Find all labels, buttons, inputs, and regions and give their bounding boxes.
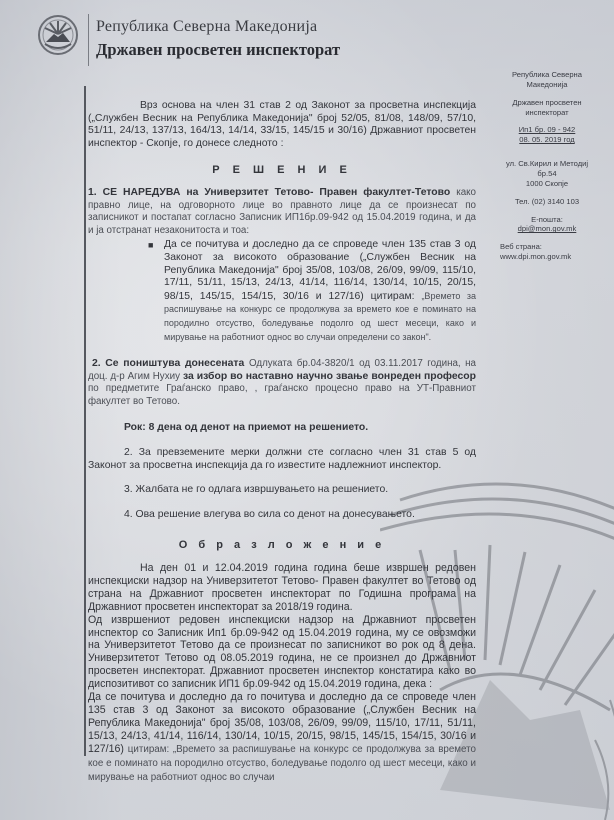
header-divider — [88, 14, 89, 66]
coat-of-arms-icon — [36, 12, 80, 58]
item-1-lead: 1. СЕ НАРЕДУВА на Универзитет Тетово- Пр… — [88, 187, 450, 198]
web-label: Веб страна: — [500, 242, 614, 252]
address-number: бр.54 — [480, 169, 614, 179]
sidebar-dept-line1: Државен просветен — [480, 98, 614, 108]
item-1-bullet: ■ Да се почитува и доследно да се спрове… — [148, 239, 476, 344]
reference-number: Ип1 бр. 09 - 942 — [519, 125, 576, 135]
item-2-bold: за избор во наставно научно звање вонред… — [183, 371, 476, 382]
intro-paragraph: Врз основа на член 31 став 2 од Законот … — [88, 100, 476, 150]
email-label: Е-пошта: — [480, 215, 614, 225]
sidebar-org: Република Северна Македонија — [480, 70, 614, 90]
sidebar-web: Веб страна: www.dpi.mon.gov.mk — [480, 242, 614, 262]
clause-3: 3. Жалбата не го одлага извршувањето на … — [124, 484, 476, 497]
sidebar-dept: Државен просветен инспекторат — [480, 98, 614, 118]
reasoning-title: О б р а з л о ж е н и е — [88, 539, 476, 552]
reasoning-quote: цитирам: „Времето за распишување на конк… — [88, 744, 476, 783]
clause-2: 2. За превземените мерки должни сте согл… — [88, 447, 476, 472]
header-institution: Државен просветен инспекторат — [96, 40, 340, 60]
sidebar-address: ул. Св.Кирил и Методиј бр.54 1000 Скопје — [480, 159, 614, 189]
document-body: Врз основа на член 31 став 2 од Законот … — [88, 100, 476, 784]
sidebar-email: Е-пошта: dpi@mon.gov.mk — [480, 215, 614, 235]
item-1: 1. СЕ НАРЕДУВА на Универзитет Тетово- Пр… — [88, 187, 476, 344]
item-2-text2: по предметите Граѓанско право, , граѓанс… — [88, 383, 476, 407]
address-street: ул. Св.Кирил и Методиј — [480, 159, 614, 169]
decision-title: Р Е Ш Е Н И Е — [88, 164, 476, 177]
document-page: Република Северна Македонија Државен про… — [0, 0, 614, 820]
margin-line — [84, 86, 86, 756]
deadline-text: Рок: 8 дена од денот на приемот на решен… — [124, 422, 476, 435]
header-country: Република Северна Македонија — [96, 18, 317, 36]
email-link[interactable]: dpi@mon.gov.mk — [518, 224, 577, 234]
reasoning-paragraph-2: Од извршениот редовен инспекциски надзор… — [88, 614, 476, 691]
phone-number: Тел. (02) 3140 103 — [480, 197, 614, 207]
reasoning-section: На ден 01 и 12.04.2019 година година беш… — [88, 562, 476, 784]
sidebar-org-line1: Република Северна — [480, 70, 614, 80]
bullet-icon: ■ — [148, 239, 164, 344]
address-city: 1000 Скопје — [480, 179, 614, 189]
reference-date: 08. 05. 2019 год — [519, 135, 574, 145]
reasoning-paragraph-1: На ден 01 и 12.04.2019 година година беш… — [88, 562, 476, 614]
clause-4: 4. Ова решение влегува во сила со денот … — [124, 509, 476, 522]
sidebar-reference: Ип1 бр. 09 - 942 08. 05. 2019 год — [480, 125, 614, 145]
sidebar-org-line2: Македонија — [480, 80, 614, 90]
item-2-lead: 2. Се поништува донесената — [92, 358, 244, 369]
web-link[interactable]: www.dpi.mon.gov.mk — [500, 252, 614, 262]
item-2: 2. Се поништува донесената Одлуката бр.0… — [88, 358, 476, 408]
sidebar-info: Република Северна Македонија Државен про… — [480, 70, 614, 270]
sidebar-dept-line2: инспекторат — [480, 108, 614, 118]
